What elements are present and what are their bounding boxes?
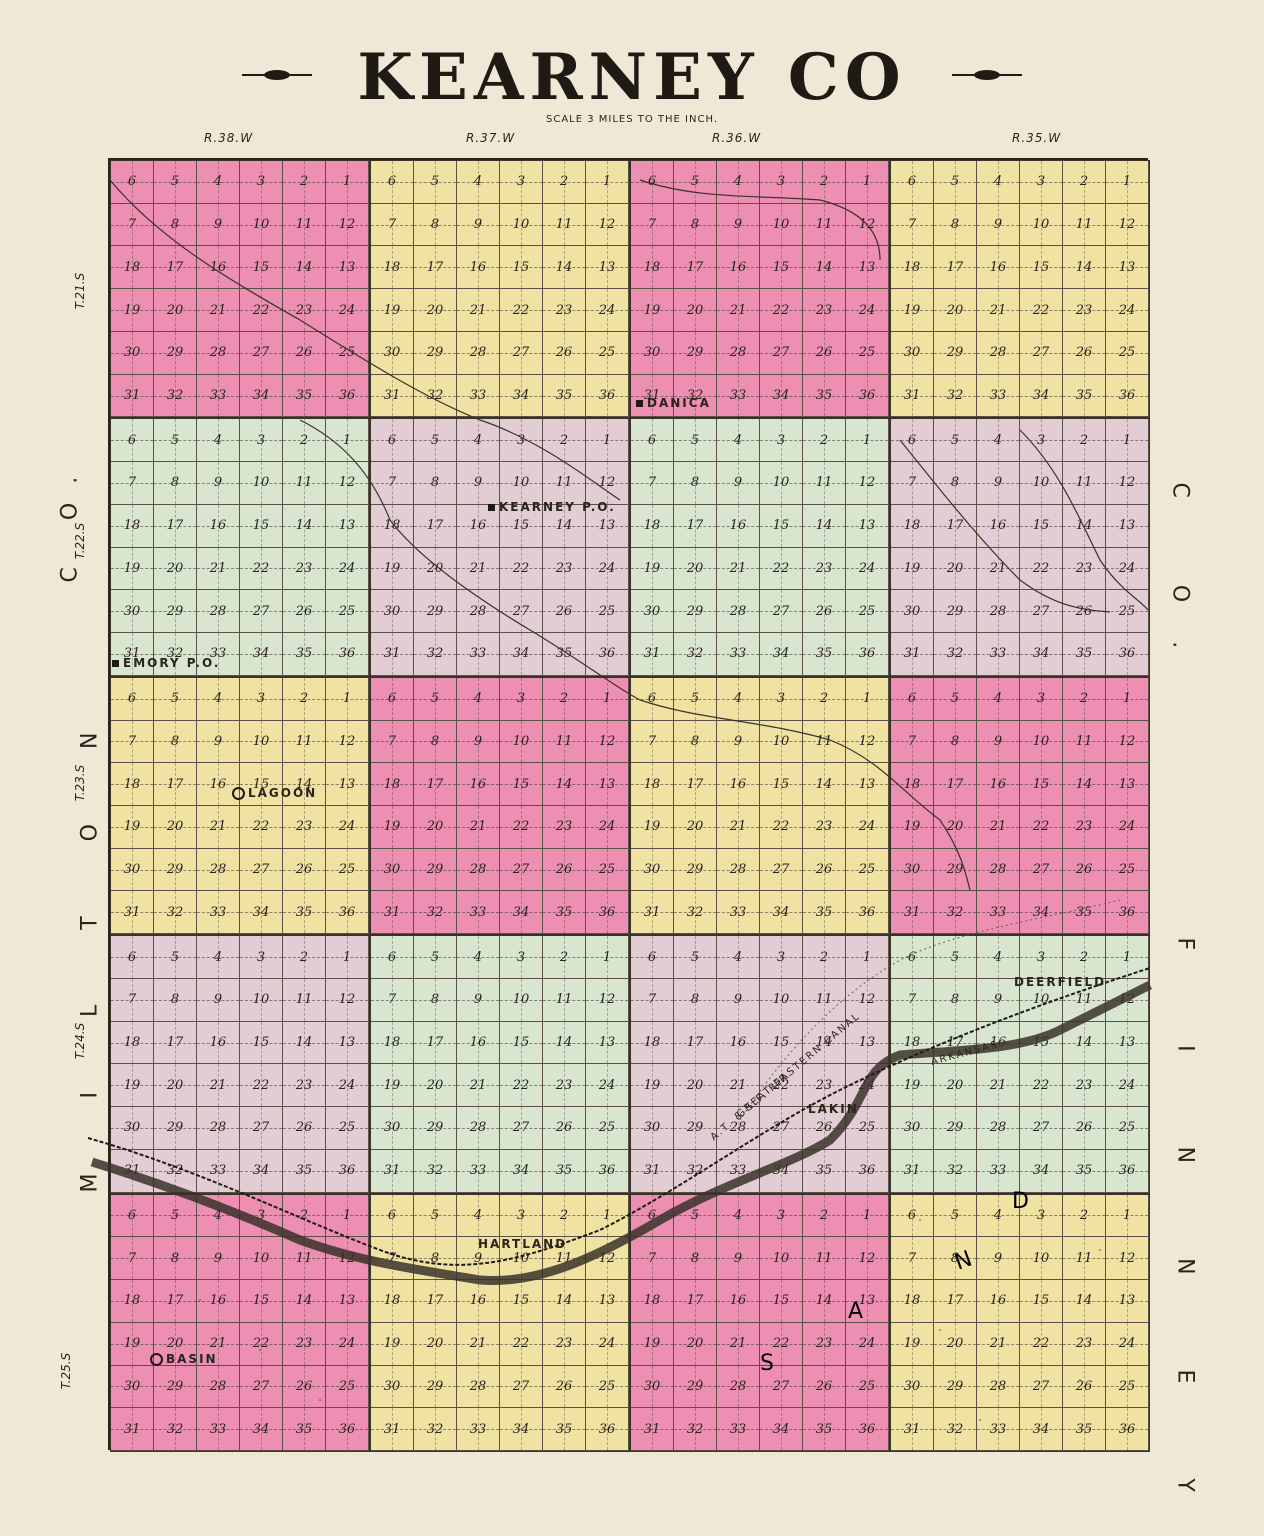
section-34: 34 <box>500 1408 543 1451</box>
section-5: 5 <box>414 161 457 204</box>
section-36: 36 <box>846 375 889 418</box>
section-26: 26 <box>803 590 846 633</box>
section-27: 27 <box>500 849 543 892</box>
township-t21s-r36w: 6543217891011121817161514131920212223243… <box>630 160 890 418</box>
section-26: 26 <box>283 332 326 375</box>
section-15: 15 <box>500 1022 543 1065</box>
section-4: 4 <box>977 678 1020 721</box>
section-29: 29 <box>154 849 197 892</box>
section-2: 2 <box>1063 678 1106 721</box>
section-12: 12 <box>1106 462 1149 505</box>
section-23: 23 <box>543 806 586 849</box>
section-4: 4 <box>457 419 500 462</box>
section-13: 13 <box>846 763 889 806</box>
section-36: 36 <box>1106 1408 1149 1451</box>
section-22: 22 <box>240 806 283 849</box>
section-15: 15 <box>1020 763 1063 806</box>
section-35: 35 <box>1063 375 1106 418</box>
section-11: 11 <box>543 979 586 1022</box>
section-9: 9 <box>977 204 1020 247</box>
section-3: 3 <box>760 936 803 979</box>
section-11: 11 <box>283 979 326 1022</box>
section-28: 28 <box>977 332 1020 375</box>
place-label: HARTLAND <box>478 1237 567 1251</box>
section-34: 34 <box>1020 891 1063 934</box>
section-7: 7 <box>111 1237 154 1280</box>
township-label-25s: T.25.S <box>59 1353 73 1389</box>
section-8: 8 <box>934 721 977 764</box>
section-26: 26 <box>283 1366 326 1409</box>
section-24: 24 <box>326 289 369 332</box>
place-deerfield: DEERFIELD <box>1014 975 1106 989</box>
section-31: 31 <box>891 1408 934 1451</box>
section-27: 27 <box>1020 1366 1063 1409</box>
section-33: 33 <box>197 1408 240 1451</box>
section-25: 25 <box>586 1107 629 1150</box>
section-8: 8 <box>154 979 197 1022</box>
section-25: 25 <box>326 590 369 633</box>
section-31: 31 <box>111 891 154 934</box>
section-31: 31 <box>371 633 414 676</box>
section-27: 27 <box>240 1366 283 1409</box>
section-28: 28 <box>977 1366 1020 1409</box>
section-2: 2 <box>543 161 586 204</box>
section-14: 14 <box>283 246 326 289</box>
section-9: 9 <box>977 721 1020 764</box>
section-23: 23 <box>803 289 846 332</box>
section-10: 10 <box>760 1237 803 1280</box>
section-31: 31 <box>631 891 674 934</box>
section-19: 19 <box>891 289 934 332</box>
section-9: 9 <box>197 979 240 1022</box>
section-15: 15 <box>500 763 543 806</box>
section-21: 21 <box>977 1323 1020 1366</box>
section-27: 27 <box>1020 849 1063 892</box>
section-5: 5 <box>154 678 197 721</box>
section-18: 18 <box>631 1280 674 1323</box>
section-16: 16 <box>457 1022 500 1065</box>
township-t24s-r35w: 6543217891011121817161514131920212223243… <box>890 935 1150 1193</box>
township-t23s-r38w: 6543217891011121817161514131920212223243… <box>110 677 370 935</box>
section-10: 10 <box>1020 721 1063 764</box>
section-28: 28 <box>197 1107 240 1150</box>
section-4: 4 <box>977 936 1020 979</box>
section-35: 35 <box>283 891 326 934</box>
section-8: 8 <box>154 721 197 764</box>
section-34: 34 <box>500 891 543 934</box>
section-28: 28 <box>457 1107 500 1150</box>
section-2: 2 <box>803 936 846 979</box>
section-19: 19 <box>891 1323 934 1366</box>
section-4: 4 <box>197 419 240 462</box>
section-5: 5 <box>154 936 197 979</box>
section-30: 30 <box>111 332 154 375</box>
section-18: 18 <box>631 1022 674 1065</box>
section-4: 4 <box>457 161 500 204</box>
section-35: 35 <box>803 633 846 676</box>
section-28: 28 <box>717 332 760 375</box>
section-23: 23 <box>1063 289 1106 332</box>
section-10: 10 <box>1020 462 1063 505</box>
section-14: 14 <box>1063 1022 1106 1065</box>
section-12: 12 <box>846 721 889 764</box>
section-3: 3 <box>500 936 543 979</box>
section-10: 10 <box>500 462 543 505</box>
section-8: 8 <box>674 1237 717 1280</box>
section-6: 6 <box>371 1195 414 1238</box>
section-36: 36 <box>846 1150 889 1193</box>
section-14: 14 <box>283 1280 326 1323</box>
section-22: 22 <box>1020 806 1063 849</box>
section-12: 12 <box>586 462 629 505</box>
section-35: 35 <box>803 375 846 418</box>
section-31: 31 <box>111 1150 154 1193</box>
section-17: 17 <box>414 763 457 806</box>
section-10: 10 <box>500 721 543 764</box>
place-label: DANICA <box>647 396 711 410</box>
section-21: 21 <box>977 289 1020 332</box>
section-5: 5 <box>414 1195 457 1238</box>
section-28: 28 <box>197 332 240 375</box>
section-28: 28 <box>977 590 1020 633</box>
town-marker-icon <box>150 1353 163 1366</box>
section-24: 24 <box>586 1323 629 1366</box>
section-35: 35 <box>543 1150 586 1193</box>
section-9: 9 <box>197 1237 240 1280</box>
section-19: 19 <box>631 548 674 591</box>
section-7: 7 <box>371 979 414 1022</box>
section-30: 30 <box>111 590 154 633</box>
section-28: 28 <box>717 590 760 633</box>
section-18: 18 <box>891 763 934 806</box>
section-17: 17 <box>154 763 197 806</box>
section-5: 5 <box>934 936 977 979</box>
section-17: 17 <box>414 246 457 289</box>
section-27: 27 <box>1020 1107 1063 1150</box>
section-11: 11 <box>543 462 586 505</box>
section-3: 3 <box>500 161 543 204</box>
section-18: 18 <box>111 505 154 548</box>
section-32: 32 <box>934 1150 977 1193</box>
township-t24s-r37w: 6543217891011121817161514131920212223243… <box>370 935 630 1193</box>
section-20: 20 <box>414 548 457 591</box>
section-26: 26 <box>803 332 846 375</box>
section-32: 32 <box>934 891 977 934</box>
section-10: 10 <box>240 462 283 505</box>
section-3: 3 <box>240 161 283 204</box>
section-5: 5 <box>934 678 977 721</box>
section-30: 30 <box>371 1107 414 1150</box>
section-21: 21 <box>457 548 500 591</box>
place-danica: DANICA <box>636 396 711 410</box>
place-lagoon: LAGOON <box>232 786 317 800</box>
section-9: 9 <box>977 1237 1020 1280</box>
section-6: 6 <box>111 1195 154 1238</box>
section-24: 24 <box>1106 1064 1149 1107</box>
section-36: 36 <box>1106 1150 1149 1193</box>
section-27: 27 <box>760 849 803 892</box>
section-16: 16 <box>717 246 760 289</box>
section-21: 21 <box>197 289 240 332</box>
section-23: 23 <box>803 1323 846 1366</box>
section-3: 3 <box>760 678 803 721</box>
section-10: 10 <box>760 979 803 1022</box>
section-30: 30 <box>371 590 414 633</box>
section-19: 19 <box>631 289 674 332</box>
section-29: 29 <box>414 849 457 892</box>
section-11: 11 <box>543 721 586 764</box>
township-t23s-r35w: 6543217891011121817161514131920212223243… <box>890 677 1150 935</box>
section-30: 30 <box>631 590 674 633</box>
section-30: 30 <box>631 1107 674 1150</box>
section-16: 16 <box>457 763 500 806</box>
section-24: 24 <box>586 289 629 332</box>
section-34: 34 <box>1020 375 1063 418</box>
township-t24s-r36w: 6543217891011121817161514131920212223243… <box>630 935 890 1193</box>
section-26: 26 <box>1063 332 1106 375</box>
section-14: 14 <box>803 1280 846 1323</box>
west-county-abbrev: C O. <box>58 483 83 583</box>
section-19: 19 <box>111 1323 154 1366</box>
section-17: 17 <box>414 505 457 548</box>
section-32: 32 <box>934 633 977 676</box>
section-3: 3 <box>240 419 283 462</box>
section-15: 15 <box>240 1280 283 1323</box>
section-1: 1 <box>846 678 889 721</box>
township-t22s-r35w: 6543217891011121817161514131920212223243… <box>890 418 1150 676</box>
section-30: 30 <box>111 849 154 892</box>
section-20: 20 <box>674 548 717 591</box>
section-3: 3 <box>760 161 803 204</box>
section-17: 17 <box>674 1022 717 1065</box>
section-3: 3 <box>240 1195 283 1238</box>
section-14: 14 <box>803 505 846 548</box>
section-7: 7 <box>631 979 674 1022</box>
section-13: 13 <box>1106 1280 1149 1323</box>
section-13: 13 <box>846 246 889 289</box>
section-8: 8 <box>154 1237 197 1280</box>
section-19: 19 <box>631 806 674 849</box>
section-24: 24 <box>326 1323 369 1366</box>
section-4: 4 <box>717 161 760 204</box>
section-23: 23 <box>543 1064 586 1107</box>
town-marker-icon <box>112 660 119 667</box>
section-27: 27 <box>500 1366 543 1409</box>
section-19: 19 <box>891 548 934 591</box>
section-5: 5 <box>674 1195 717 1238</box>
section-1: 1 <box>1106 419 1149 462</box>
section-32: 32 <box>154 1150 197 1193</box>
section-28: 28 <box>457 590 500 633</box>
section-35: 35 <box>1063 891 1106 934</box>
section-4: 4 <box>197 161 240 204</box>
section-18: 18 <box>631 246 674 289</box>
section-33: 33 <box>717 891 760 934</box>
section-25: 25 <box>326 1366 369 1409</box>
section-22: 22 <box>240 1323 283 1366</box>
section-18: 18 <box>891 1280 934 1323</box>
section-21: 21 <box>457 289 500 332</box>
section-20: 20 <box>414 806 457 849</box>
section-35: 35 <box>543 633 586 676</box>
township-t22s-r37w: 6543217891011121817161514131920212223243… <box>370 418 630 676</box>
section-9: 9 <box>457 204 500 247</box>
section-18: 18 <box>111 1022 154 1065</box>
section-20: 20 <box>674 1323 717 1366</box>
section-11: 11 <box>1063 721 1106 764</box>
section-31: 31 <box>111 375 154 418</box>
section-32: 32 <box>674 633 717 676</box>
section-6: 6 <box>111 419 154 462</box>
section-8: 8 <box>934 979 977 1022</box>
section-33: 33 <box>717 633 760 676</box>
section-29: 29 <box>674 590 717 633</box>
section-13: 13 <box>1106 1022 1149 1065</box>
section-29: 29 <box>414 1107 457 1150</box>
section-23: 23 <box>1063 1323 1106 1366</box>
section-36: 36 <box>846 891 889 934</box>
section-22: 22 <box>500 548 543 591</box>
section-8: 8 <box>154 204 197 247</box>
section-32: 32 <box>154 891 197 934</box>
section-33: 33 <box>457 633 500 676</box>
section-17: 17 <box>414 1022 457 1065</box>
section-18: 18 <box>891 246 934 289</box>
section-36: 36 <box>1106 375 1149 418</box>
map-title-block: KEARNEY CO <box>0 40 1264 115</box>
section-30: 30 <box>631 849 674 892</box>
section-25: 25 <box>1106 1107 1149 1150</box>
section-29: 29 <box>154 1107 197 1150</box>
section-27: 27 <box>760 332 803 375</box>
town-marker-icon <box>636 400 643 407</box>
section-29: 29 <box>674 1107 717 1150</box>
section-1: 1 <box>846 936 889 979</box>
section-32: 32 <box>934 1408 977 1451</box>
section-21: 21 <box>197 548 240 591</box>
section-9: 9 <box>197 204 240 247</box>
section-19: 19 <box>891 1064 934 1107</box>
section-30: 30 <box>631 1366 674 1409</box>
section-13: 13 <box>326 763 369 806</box>
section-28: 28 <box>977 849 1020 892</box>
section-34: 34 <box>760 633 803 676</box>
section-23: 23 <box>543 289 586 332</box>
place-label: KEARNEY P.O. <box>499 500 616 514</box>
section-26: 26 <box>1063 1107 1106 1150</box>
section-3: 3 <box>1020 419 1063 462</box>
section-32: 32 <box>674 1408 717 1451</box>
section-1: 1 <box>846 419 889 462</box>
section-33: 33 <box>717 375 760 418</box>
section-9: 9 <box>977 462 1020 505</box>
section-7: 7 <box>111 204 154 247</box>
township-t21s-r38w: 6543217891011121817161514131920212223243… <box>110 160 370 418</box>
section-22: 22 <box>760 1323 803 1366</box>
section-18: 18 <box>371 505 414 548</box>
section-7: 7 <box>891 204 934 247</box>
section-10: 10 <box>240 721 283 764</box>
section-18: 18 <box>371 1280 414 1323</box>
section-1: 1 <box>586 419 629 462</box>
section-9: 9 <box>717 1237 760 1280</box>
section-15: 15 <box>1020 505 1063 548</box>
section-32: 32 <box>414 375 457 418</box>
section-33: 33 <box>717 1408 760 1451</box>
section-24: 24 <box>586 1064 629 1107</box>
section-28: 28 <box>977 1107 1020 1150</box>
range-label-35w: R.35.W <box>1012 131 1061 145</box>
section-25: 25 <box>586 849 629 892</box>
section-33: 33 <box>457 1408 500 1451</box>
section-10: 10 <box>1020 204 1063 247</box>
section-28: 28 <box>717 1366 760 1409</box>
town-marker-icon <box>488 504 495 511</box>
section-1: 1 <box>326 678 369 721</box>
section-27: 27 <box>500 1107 543 1150</box>
section-23: 23 <box>803 548 846 591</box>
section-36: 36 <box>326 1408 369 1451</box>
section-17: 17 <box>674 1280 717 1323</box>
section-2: 2 <box>283 419 326 462</box>
section-29: 29 <box>934 849 977 892</box>
section-11: 11 <box>283 721 326 764</box>
section-1: 1 <box>326 936 369 979</box>
section-33: 33 <box>977 1408 1020 1451</box>
section-32: 32 <box>674 1150 717 1193</box>
section-13: 13 <box>1106 763 1149 806</box>
section-26: 26 <box>1063 590 1106 633</box>
section-19: 19 <box>371 1064 414 1107</box>
section-13: 13 <box>586 1280 629 1323</box>
section-3: 3 <box>500 678 543 721</box>
section-7: 7 <box>631 1237 674 1280</box>
section-30: 30 <box>111 1366 154 1409</box>
section-4: 4 <box>197 1195 240 1238</box>
section-33: 33 <box>977 891 1020 934</box>
section-11: 11 <box>283 1237 326 1280</box>
section-16: 16 <box>717 1280 760 1323</box>
section-19: 19 <box>631 1323 674 1366</box>
section-10: 10 <box>240 204 283 247</box>
section-7: 7 <box>371 462 414 505</box>
section-4: 4 <box>977 419 1020 462</box>
section-15: 15 <box>240 505 283 548</box>
section-31: 31 <box>371 1150 414 1193</box>
section-27: 27 <box>1020 590 1063 633</box>
section-10: 10 <box>240 1237 283 1280</box>
section-26: 26 <box>1063 849 1106 892</box>
section-2: 2 <box>283 936 326 979</box>
section-21: 21 <box>197 1064 240 1107</box>
section-36: 36 <box>326 891 369 934</box>
township-t23s-r37w: 6543217891011121817161514131920212223243… <box>370 677 630 935</box>
township-t25s-r36w: 6543217891011121817161514131920212223243… <box>630 1194 890 1452</box>
section-14: 14 <box>803 246 846 289</box>
section-7: 7 <box>371 1237 414 1280</box>
section-32: 32 <box>154 375 197 418</box>
section-12: 12 <box>586 1237 629 1280</box>
section-24: 24 <box>846 1323 889 1366</box>
section-4: 4 <box>717 678 760 721</box>
section-29: 29 <box>414 1366 457 1409</box>
section-29: 29 <box>414 590 457 633</box>
section-16: 16 <box>717 763 760 806</box>
section-16: 16 <box>457 1280 500 1323</box>
section-21: 21 <box>977 548 1020 591</box>
section-8: 8 <box>414 721 457 764</box>
section-35: 35 <box>543 891 586 934</box>
